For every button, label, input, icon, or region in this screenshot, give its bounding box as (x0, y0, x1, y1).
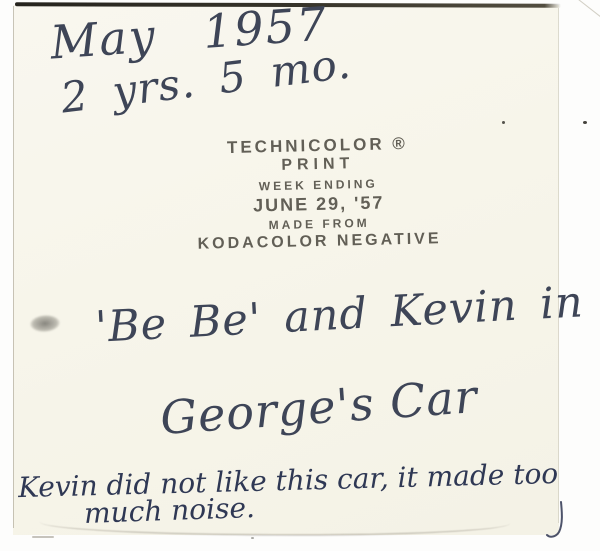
handwritten-note-line-2: much noise. (83, 491, 255, 530)
paper-corner-crease (578, 0, 600, 18)
stamp-line-brand: TECHNICOLOR ® (195, 134, 440, 157)
stamp-line-date: JUNE 29, '57 (196, 192, 441, 216)
ink-speck (502, 121, 505, 124)
stamp-line-print: PRINT (195, 154, 440, 176)
ink-speck (583, 121, 587, 124)
photo-back-scan: May 1957 2 yrs. 5 mo. TECHNICOLOR ® PRIN… (0, 0, 600, 551)
paper-right-edge (558, 8, 559, 523)
pen-stroke-mark (544, 500, 570, 542)
technicolor-stamp: TECHNICOLOR ® PRINT WEEK ENDING JUNE 29,… (195, 134, 443, 253)
faint-dash-mark (32, 536, 54, 538)
ink-speck (251, 537, 254, 539)
paper-left-edge (13, 6, 14, 528)
stamp-line-week-ending: WEEK ENDING (196, 176, 441, 194)
